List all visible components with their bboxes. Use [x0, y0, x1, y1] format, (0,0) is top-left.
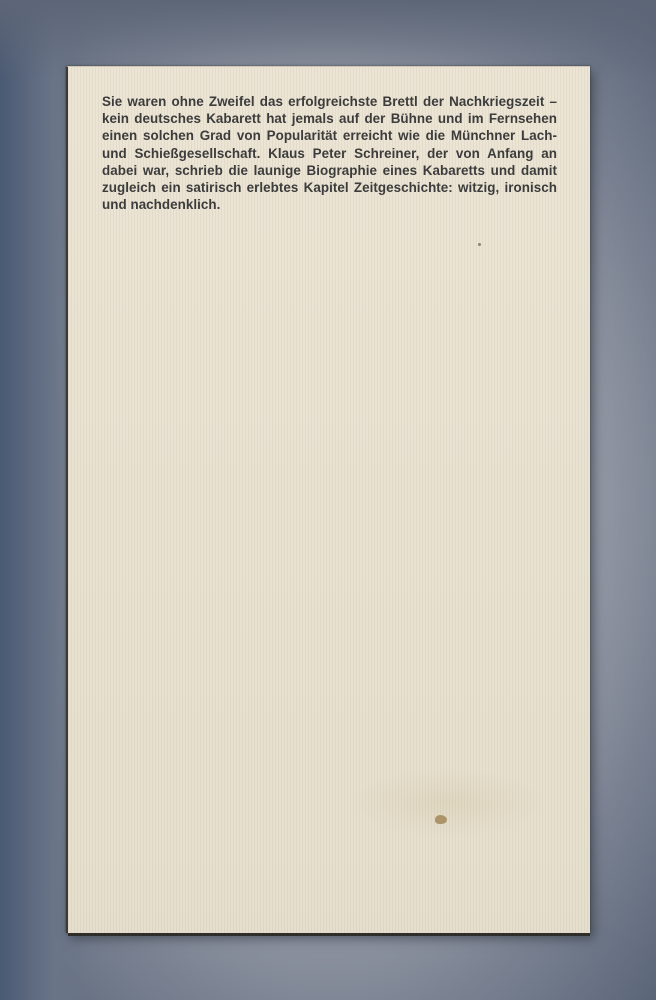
speck-mark — [478, 243, 481, 246]
book-back-cover: Sie waren ohne Zweifel das erfolgreichst… — [66, 66, 590, 933]
smudge-mark — [348, 767, 548, 837]
stain-mark — [435, 815, 447, 824]
blurb-text: Sie waren ohne Zweifel das erfolgreichst… — [102, 93, 557, 213]
book-bottom-edge — [68, 933, 590, 936]
